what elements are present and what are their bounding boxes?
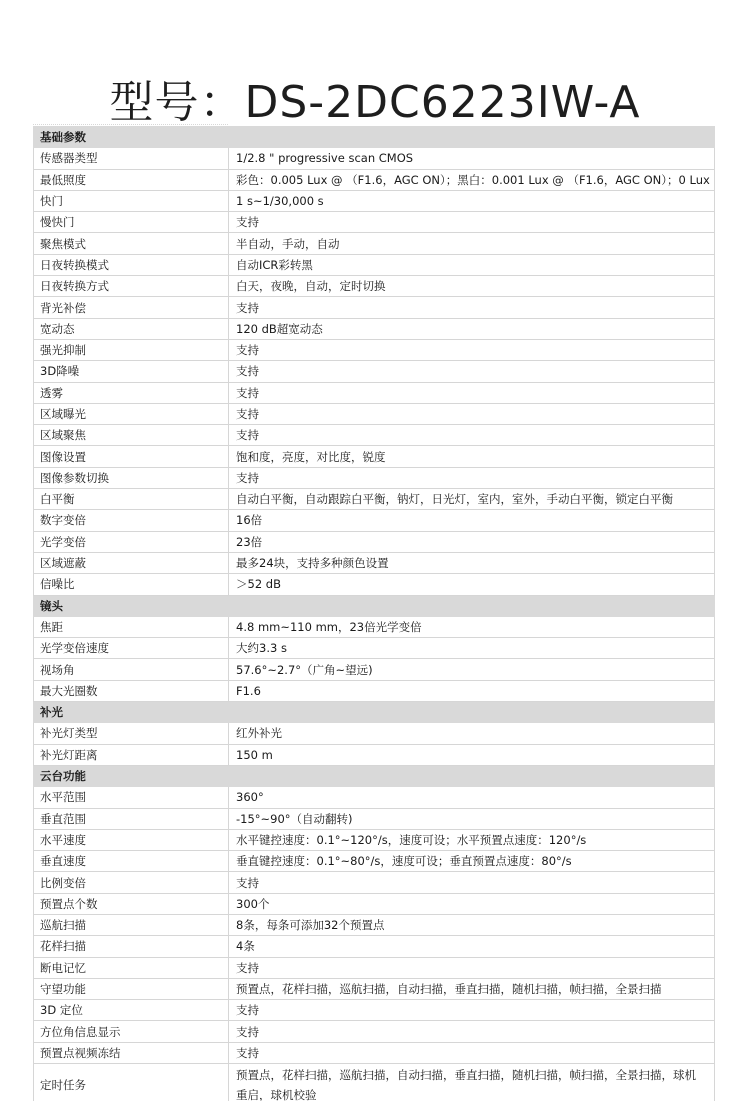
table-row: 宽动态120 dB超宽动态 [34, 318, 715, 339]
row-label: 水平范围 [34, 787, 229, 808]
row-value: F1.6 [229, 680, 715, 701]
row-label: 信噪比 [34, 574, 229, 595]
table-row: 补光灯类型红外补光 [34, 723, 715, 744]
table-row: 视场角57.6°~2.7°（广角~望远) [34, 659, 715, 680]
section-header-basic: 基础参数 [34, 127, 715, 148]
row-label: 比例变倍 [34, 872, 229, 893]
row-label: 巡航扫描 [34, 914, 229, 935]
row-value: 半自动，手动，自动 [229, 233, 715, 254]
table-row: 光学变倍速度大约3.3 s [34, 638, 715, 659]
page-title: 型号：DS-2DC6223IW-A [0, 77, 750, 129]
row-value: 57.6°~2.7°（广角~望远) [229, 659, 715, 680]
row-label: 背光补偿 [34, 297, 229, 318]
table-row: 比例变倍支持 [34, 872, 715, 893]
section-title: 补光 [34, 702, 715, 723]
row-label: 光学变倍速度 [34, 638, 229, 659]
table-row: 日夜转换方式白天，夜晚，自动，定时切换 [34, 276, 715, 297]
table-row: 背光补偿支持 [34, 297, 715, 318]
row-label: 白平衡 [34, 489, 229, 510]
spec-table: 基础参数 传感器类型1/2.8 " progressive scan CMOS … [33, 126, 715, 1101]
row-value: 8条，每条可添加32个预置点 [229, 914, 715, 935]
table-row: 区域遮蔽最多24块，支持多种颜色设置 [34, 552, 715, 573]
table-row: 图像参数切换支持 [34, 467, 715, 488]
section-title: 基础参数 [34, 127, 715, 148]
table-row: 3D 定位支持 [34, 1000, 715, 1021]
row-value: 支持 [229, 872, 715, 893]
table-row: 水平速度水平键控速度：0.1°~120°/s，速度可设；水平预置点速度：120°… [34, 829, 715, 850]
row-label: 焦距 [34, 616, 229, 637]
row-label: 传感器类型 [34, 148, 229, 169]
row-value: 支持 [229, 339, 715, 360]
row-value: 支持 [229, 403, 715, 424]
table-row: 强光抑制支持 [34, 339, 715, 360]
row-label: 3D 定位 [34, 1000, 229, 1021]
row-value: 预置点，花样扫描，巡航扫描，自动扫描，垂直扫描，随机扫描，帧扫描，全景扫描，球机… [229, 1064, 715, 1101]
row-value: 白天，夜晚，自动，定时切换 [229, 276, 715, 297]
section-header-supplement-light: 补光 [34, 702, 715, 723]
row-label: 垂直速度 [34, 851, 229, 872]
table-row: 预置点视频冻结支持 [34, 1042, 715, 1063]
row-value: 1/2.8 " progressive scan CMOS [229, 148, 715, 169]
row-value: 支持 [229, 1021, 715, 1042]
row-label: 视场角 [34, 659, 229, 680]
row-value: 垂直键控速度：0.1°~80°/s，速度可设；垂直预置点速度：80°/s [229, 851, 715, 872]
table-row: 数字变倍16倍 [34, 510, 715, 531]
row-label: 数字变倍 [34, 510, 229, 531]
row-value: 23倍 [229, 531, 715, 552]
row-value: 自动白平衡，自动跟踪白平衡，钠灯，日光灯，室内，室外，手动白平衡，锁定白平衡 [229, 489, 715, 510]
row-label: 最大光圈数 [34, 680, 229, 701]
table-row: 花样扫描4条 [34, 936, 715, 957]
row-value: 360° [229, 787, 715, 808]
table-row: 快门1 s~1/30,000 s [34, 190, 715, 211]
row-value: 自动ICR彩转黑 [229, 254, 715, 275]
row-label: 日夜转换方式 [34, 276, 229, 297]
table-row: 最大光圈数F1.6 [34, 680, 715, 701]
row-value: 4条 [229, 936, 715, 957]
row-label: 快门 [34, 190, 229, 211]
row-label: 预置点视频冻结 [34, 1042, 229, 1063]
row-value: 300个 [229, 893, 715, 914]
table-row: 巡航扫描8条，每条可添加32个预置点 [34, 914, 715, 935]
row-label: 最低照度 [34, 169, 229, 190]
table-row: 信噪比＞52 dB [34, 574, 715, 595]
row-value: 支持 [229, 1000, 715, 1021]
row-label: 定时任务 [34, 1064, 229, 1101]
table-row: 聚焦模式半自动，手动，自动 [34, 233, 715, 254]
row-value: 支持 [229, 1042, 715, 1063]
table-row: 水平范围360° [34, 787, 715, 808]
row-value: ＞52 dB [229, 574, 715, 595]
row-label: 预置点个数 [34, 893, 229, 914]
row-value: 120 dB超宽动态 [229, 318, 715, 339]
table-row: 断电记忆支持 [34, 957, 715, 978]
table-row: 3D降噪支持 [34, 361, 715, 382]
row-value: 预置点，花样扫描，巡航扫描，自动扫描，垂直扫描，随机扫描，帧扫描，全景扫描 [229, 978, 715, 999]
row-value: 16倍 [229, 510, 715, 531]
row-value: 彩色：0.005 Lux @ （F1.6，AGC ON）；黑白：0.001 Lu… [229, 169, 715, 190]
table-row: 补光灯距离150 m [34, 744, 715, 765]
row-value: -15°~90°（自动翻转) [229, 808, 715, 829]
row-value: 支持 [229, 957, 715, 978]
table-row: 最低照度彩色：0.005 Lux @ （F1.6，AGC ON）；黑白：0.00… [34, 169, 715, 190]
table-row: 白平衡自动白平衡，自动跟踪白平衡，钠灯，日光灯，室内，室外，手动白平衡，锁定白平… [34, 489, 715, 510]
row-value: 支持 [229, 425, 715, 446]
table-row: 方位角信息显示支持 [34, 1021, 715, 1042]
table-row: 慢快门支持 [34, 212, 715, 233]
row-value: 支持 [229, 361, 715, 382]
table-row: 守望功能预置点，花样扫描，巡航扫描，自动扫描，垂直扫描，随机扫描，帧扫描，全景扫… [34, 978, 715, 999]
row-label: 图像参数切换 [34, 467, 229, 488]
row-label: 区域聚焦 [34, 425, 229, 446]
section-title: 云台功能 [34, 765, 715, 786]
row-label: 垂直范围 [34, 808, 229, 829]
row-label: 方位角信息显示 [34, 1021, 229, 1042]
table-row: 焦距4.8 mm~110 mm，23倍光学变倍 [34, 616, 715, 637]
row-label: 断电记忆 [34, 957, 229, 978]
row-value: 最多24块，支持多种颜色设置 [229, 552, 715, 573]
section-header-lens: 镜头 [34, 595, 715, 616]
row-label: 图像设置 [34, 446, 229, 467]
table-row: 预置点个数300个 [34, 893, 715, 914]
spec-table-body: 基础参数 传感器类型1/2.8 " progressive scan CMOS … [34, 127, 715, 1101]
table-row: 传感器类型1/2.8 " progressive scan CMOS [34, 148, 715, 169]
table-row: 区域曝光支持 [34, 403, 715, 424]
row-label: 透雾 [34, 382, 229, 403]
row-label: 花样扫描 [34, 936, 229, 957]
table-row: 日夜转换模式自动ICR彩转黑 [34, 254, 715, 275]
row-value: 1 s~1/30,000 s [229, 190, 715, 211]
section-header-ptz: 云台功能 [34, 765, 715, 786]
row-value: 支持 [229, 467, 715, 488]
row-label: 守望功能 [34, 978, 229, 999]
row-label: 宽动态 [34, 318, 229, 339]
row-value: 支持 [229, 297, 715, 318]
row-label: 补光灯类型 [34, 723, 229, 744]
divider [33, 124, 228, 125]
row-value: 4.8 mm~110 mm，23倍光学变倍 [229, 616, 715, 637]
row-label: 日夜转换模式 [34, 254, 229, 275]
table-row: 垂直速度垂直键控速度：0.1°~80°/s，速度可设；垂直预置点速度：80°/s [34, 851, 715, 872]
row-label: 区域遮蔽 [34, 552, 229, 573]
table-row: 垂直范围-15°~90°（自动翻转) [34, 808, 715, 829]
row-label: 水平速度 [34, 829, 229, 850]
row-value: 红外补光 [229, 723, 715, 744]
row-value: 大约3.3 s [229, 638, 715, 659]
row-label: 区域曝光 [34, 403, 229, 424]
row-label: 强光抑制 [34, 339, 229, 360]
row-label: 聚焦模式 [34, 233, 229, 254]
section-title: 镜头 [34, 595, 715, 616]
row-label: 光学变倍 [34, 531, 229, 552]
row-label: 慢快门 [34, 212, 229, 233]
table-row: 定时任务预置点，花样扫描，巡航扫描，自动扫描，垂直扫描，随机扫描，帧扫描，全景扫… [34, 1064, 715, 1101]
table-row: 区域聚焦支持 [34, 425, 715, 446]
row-value: 饱和度，亮度，对比度，锐度 [229, 446, 715, 467]
row-value: 水平键控速度：0.1°~120°/s，速度可设；水平预置点速度：120°/s [229, 829, 715, 850]
table-row: 图像设置饱和度，亮度，对比度，锐度 [34, 446, 715, 467]
table-row: 透雾支持 [34, 382, 715, 403]
row-value: 150 m [229, 744, 715, 765]
row-value: 支持 [229, 212, 715, 233]
row-label: 3D降噪 [34, 361, 229, 382]
table-row: 光学变倍23倍 [34, 531, 715, 552]
row-value: 支持 [229, 382, 715, 403]
row-label: 补光灯距离 [34, 744, 229, 765]
